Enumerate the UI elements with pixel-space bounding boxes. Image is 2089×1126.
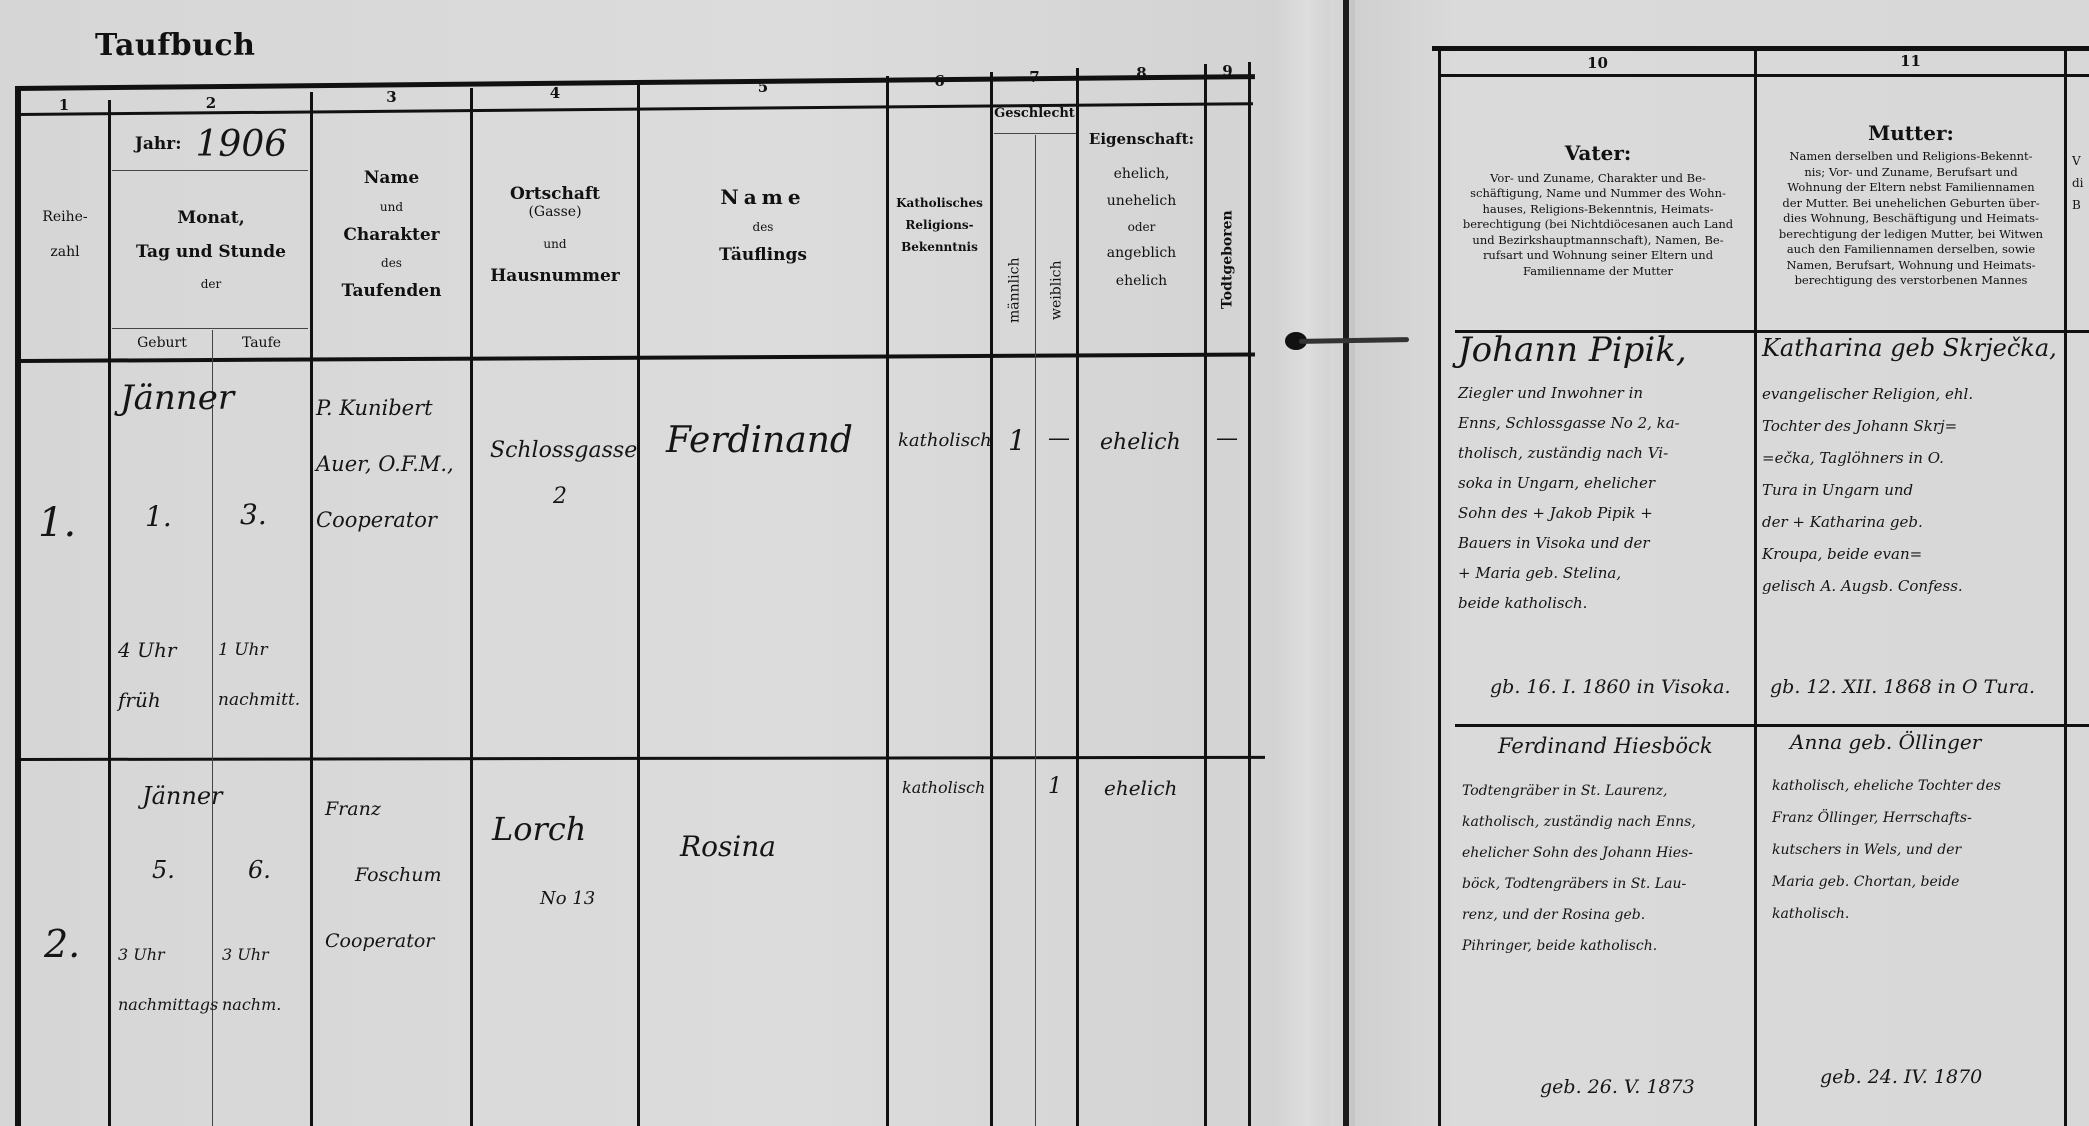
entry-baptism-day: 6. [248,856,271,884]
header-weiblich: weiblich [1038,230,1076,350]
header-mutter: Mutter: Namen derselben und Religions-Be… [1759,82,2063,328]
col-number-6: 6 [889,72,990,90]
entry-number: 1. [38,500,76,546]
entry-birth-day: 5. [152,856,175,884]
entry-religion: katholisch [898,430,992,451]
header-maennlich: männlich [996,230,1034,350]
entry-birth-time: 3 Uhr nachmittags [118,930,218,1030]
header-taufender: Name und Charakter des Taufenden [313,140,470,330]
mother-born: geb. 24. IV. 1870 [1820,1066,1982,1088]
col-number-3: 3 [313,88,470,106]
entry-place: Schlossgasse 2 [490,428,630,520]
entry-month: Jänner [120,378,234,418]
entry-child-name: Ferdinand [666,420,853,461]
father-born: gb. 16. I. 1860 in Visoka. [1490,676,1731,698]
entry-child-name: Rosina [680,830,776,863]
header-todtgeboren: Todtgeboren [1207,190,1248,330]
mother-name: Katharina geb Skrječka, [1762,334,2057,362]
entry-baptism-time: 1 Uhr nachmitt. [218,625,300,725]
header-year: Jahr: 1906 [112,118,310,170]
mother-name: Anna geb. Öllinger [1790,730,1981,754]
entry-birth-day: 1. [145,500,172,533]
entry-month: Jänner [142,782,223,810]
col-number-9: 9 [1207,62,1248,80]
col-number-5: 5 [640,78,886,96]
father-details: Todtengräber in St. Laurenz, katholisch,… [1462,776,1696,962]
header-geschlecht: Geschlecht [993,96,1076,132]
entry-legitimacy: ehelich [1100,430,1181,455]
col-number-2: 2 [112,94,310,112]
col-number-1: 1 [20,96,108,114]
mother-details: katholisch, eheliche Tochter des Franz Ö… [1772,770,2001,930]
entry-number: 2. [44,922,80,966]
father-name: Johann Pipik, [1458,330,1687,370]
entry-baptizer: P. Kunibert Auer, O.F.M., Cooperator [316,380,454,548]
entry-legitimacy: ehelich [1104,776,1177,800]
entry-baptism-day: 3. [240,498,267,531]
header-taufe: Taufe [213,330,310,358]
father-born: geb. 26. V. 1873 [1540,1076,1695,1098]
mother-details: evangelischer Religion, ehl. Tochter des… [1762,378,1973,602]
header-date: Monat, Tag und Stunde der [112,175,310,325]
entry-place-number: No 13 [540,888,595,909]
entry-female: — [1048,426,1070,451]
header-eigenschaft: Eigenschaft: ehelich, unehelich oder ang… [1079,100,1204,320]
col-number-11: 11 [1757,52,2064,70]
header-taeufling: Name des Täuflings [640,160,886,290]
header-vater: Vater: Vor- und Zuname, Charakter und Be… [1444,100,1752,320]
entry-female: 1 [1048,774,1062,799]
header-reihezahl: Reihe- zahl [22,190,108,280]
father-name: Ferdinand Hiesböck [1498,734,1713,758]
entry-male: 1 [1008,424,1026,457]
mother-born: gb. 12. XII. 1868 in O Tura. [1770,676,2035,698]
entry-place-name: Lorch [492,810,586,848]
header-religion: Katholisches Religions- Bekenntnis [889,170,990,280]
header-geburt: Geburt [112,330,212,358]
col-number-10: 10 [1441,54,1754,72]
father-details: Ziegler und Inwohner in Enns, Schlossgas… [1458,378,1680,618]
col-number-4: 4 [473,84,637,102]
entry-religion: katholisch [902,778,985,797]
book-title: Taufbuch [95,28,255,63]
header-ortschaft: Ortschaft (Gasse) und Hausnummer [473,160,637,310]
entry-stillborn: — [1216,426,1238,451]
entry-baptism-time: 3 Uhr nachm. [222,930,281,1030]
header-col12-partial: V di B [2072,150,2084,216]
binding-thread-icon [1285,332,1415,346]
col-number-8: 8 [1079,64,1204,82]
book-binding [1343,0,1349,1126]
col-number-7: 7 [993,68,1076,86]
entry-birth-time: 4 Uhr früh [118,625,176,725]
entry-baptizer: Franz Foschum Cooperator [325,776,441,974]
year-value: 1906 [196,124,288,165]
